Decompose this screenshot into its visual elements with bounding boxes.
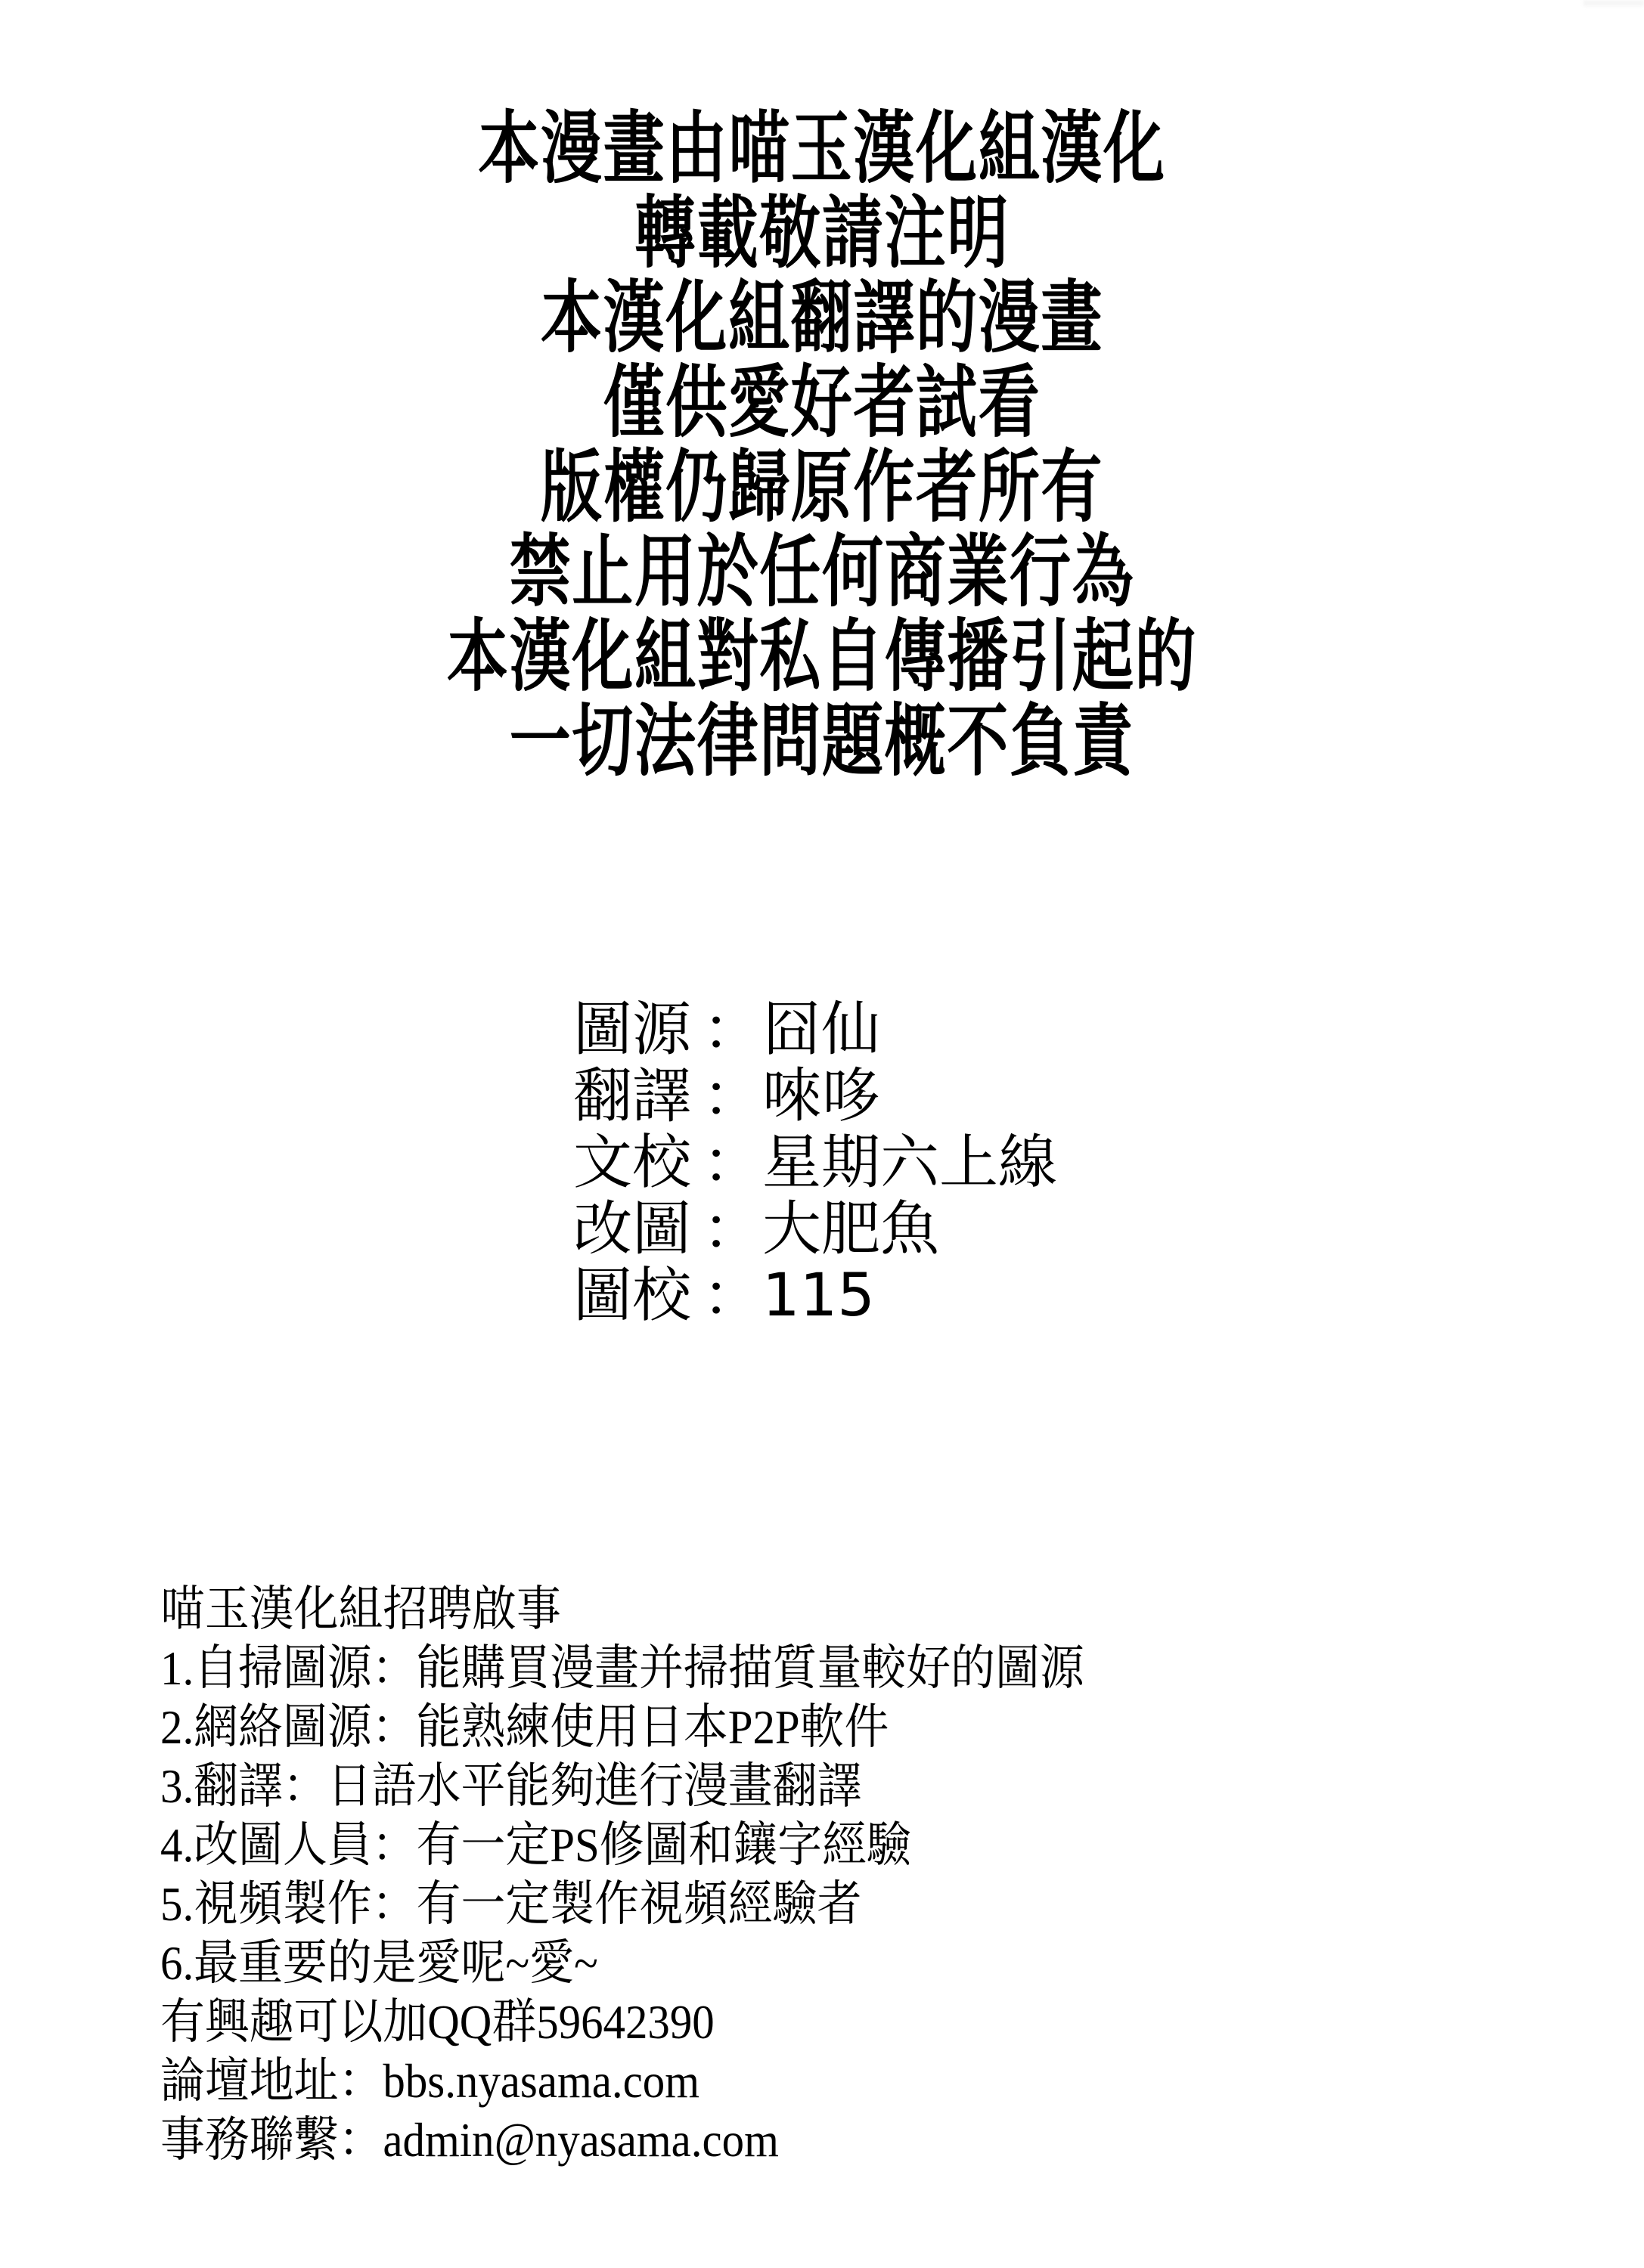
credit-name: 唻哆 xyxy=(762,1063,880,1129)
recruitment-item: 1.自掃圖源：能購買漫畫并掃描質量較好的圖源 xyxy=(160,1639,1084,1698)
credit-row-source: 圖源 ： 囧仙 xyxy=(573,996,1057,1063)
credit-name: 星期六上線 xyxy=(762,1129,1057,1196)
credit-row-proofreading: 文校 ： 星期六上線 xyxy=(573,1129,1057,1196)
contact-email-text: 事務聯繫：admin@nyasama.com xyxy=(160,2111,1084,2170)
recruitment-block: 喵玉漢化組招聘啟事 1.自掃圖源：能購買漫畫并掃描質量較好的圖源 2.網絡圖源：… xyxy=(160,1580,1165,2170)
recruitment-title: 喵玉漢化組招聘啟事 xyxy=(160,1580,1084,1639)
forum-address-text: 論壇地址：bbs.nyasama.com xyxy=(160,2052,1084,2111)
credit-role: 翻譯 xyxy=(573,1063,702,1129)
disclaimer-line: 版權仍歸原作者所有 xyxy=(181,445,1463,529)
credit-role: 改圖 xyxy=(573,1196,702,1263)
recruitment-item: 3.翻譯：日語水平能夠進行漫畫翻譯 xyxy=(160,1757,1084,1816)
recruitment-item: 6.最重要的是愛呢~愛~ xyxy=(160,1934,1084,1993)
qq-group-text: 有興趣可以加QQ群59642390 xyxy=(160,1993,1084,2052)
scan-smudge xyxy=(1584,0,1644,6)
credit-role: 圖校 xyxy=(573,1263,702,1329)
credit-name: 囧仙 xyxy=(762,996,880,1063)
disclaimer-line: 本漢化組翻譯的漫畫 xyxy=(181,275,1463,360)
credit-row-editing: 改圖 ： 大肥魚 xyxy=(573,1196,1057,1263)
credit-separator: ： xyxy=(702,1129,762,1196)
credit-separator: ： xyxy=(702,996,762,1063)
credit-separator: ： xyxy=(702,1196,762,1263)
disclaimer-block: 本漫畫由喵玉漢化組漢化 轉載敬請注明 本漢化組翻譯的漫畫 僅供愛好者試看 版權仍… xyxy=(0,106,1644,783)
disclaimer-line: 本漫畫由喵玉漢化組漢化 xyxy=(181,106,1463,191)
credit-separator: ： xyxy=(702,1263,762,1329)
disclaimer-line: 本漢化組對私自傳播引起的 xyxy=(181,614,1463,699)
disclaimer-line: 僅供愛好者試看 xyxy=(181,360,1463,445)
credits-block: 圖源 ： 囧仙 翻譯 ： 唻哆 文校 ： 星期六上線 改圖 ： 大肥魚 圖校 ：… xyxy=(573,996,1057,1329)
recruitment-item: 4.改圖人員：有一定PS修圖和鑲字經驗 xyxy=(160,1816,1084,1875)
disclaimer-line: 轉載敬請注明 xyxy=(181,191,1463,275)
credit-name: 115 xyxy=(762,1263,875,1329)
credit-name: 大肥魚 xyxy=(762,1196,939,1263)
credit-role: 文校 xyxy=(573,1129,702,1196)
disclaimer-line: 一切法律問題概不負責 xyxy=(181,699,1463,783)
credit-row-translation: 翻譯 ： 唻哆 xyxy=(573,1063,1057,1129)
disclaimer-line: 禁止用於任何商業行為 xyxy=(181,529,1463,614)
credit-separator: ： xyxy=(702,1063,762,1129)
credit-role: 圖源 xyxy=(573,996,702,1063)
recruitment-item: 2.網絡圖源：能熟練使用日本P2P軟件 xyxy=(160,1698,1084,1757)
recruitment-item: 5.視頻製作：有一定製作視頻經驗者 xyxy=(160,1875,1084,1934)
credit-row-image-check: 圖校 ： 115 xyxy=(573,1263,1057,1329)
